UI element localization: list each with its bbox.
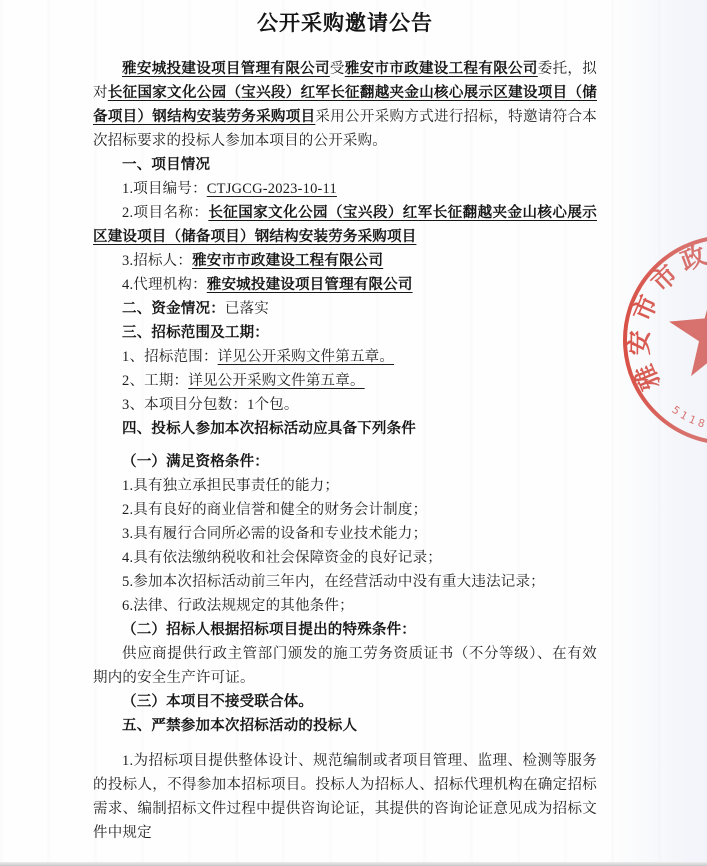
item-project-name: 2.项目名称：长征国家文化公园（宝兴段）红军长征翻越夹金山核心展示区建设项目（储…	[93, 201, 597, 249]
item-label: 1.项目编号：	[122, 181, 207, 197]
section3-heading: 三、招标范围及工期：	[93, 321, 597, 345]
star-icon	[667, 281, 707, 378]
section2-line: 二、资金情况：已落实	[93, 297, 597, 321]
scope-value: 详见公开采购文件第五章。	[218, 349, 394, 365]
qualification-item-5: 5.参加本次招标活动前三年内，在经营活动中没有重大违法记录；	[93, 570, 597, 594]
item-label: 1、招标范围：	[122, 349, 218, 365]
item-scope: 1、招标范围：详见公开采购文件第五章。	[93, 345, 597, 369]
packages-value: 1个包。	[247, 397, 299, 413]
funding-status: 已落实	[225, 301, 269, 317]
document-title: 公开采购邀请公告	[93, 8, 597, 38]
intro-text: 受	[330, 61, 345, 77]
tenderee-value: 雅安市市政建设工程有限公司	[192, 253, 383, 269]
item-packages: 3、本项目分包数：1个包。	[93, 393, 597, 417]
section1-heading: 一、项目情况	[93, 153, 597, 177]
sub1-heading: （一）满足资格条件：	[93, 450, 597, 474]
qualification-item-1: 1.具有独立承担民事责任的能力；	[93, 474, 597, 498]
qualification-item-2: 2.具有良好的商业信誉和健全的财务会计制度；	[93, 498, 597, 522]
seal-serial-text: 51180250	[669, 399, 707, 438]
document-page: 公开采购邀请公告 雅安城投建设项目管理有限公司受雅安市市政建设工程有限公司委托，…	[0, 0, 707, 866]
duration-value: 详见公开采购文件第五章。	[188, 373, 364, 389]
project-number-value: CTJGCG-2023-10-11	[207, 181, 337, 197]
sub2-body: 供应商提供行政主管部门颁发的施工劳务资质证书（不分等级）、在有效期内的安全生产许…	[93, 642, 597, 690]
client-name: 雅安市市政建设工程有限公司	[345, 61, 538, 77]
company-seal-stamp: 雅安市市政建设工程有限公司 51180250	[593, 228, 707, 468]
item-label: 2、工期：	[122, 373, 188, 389]
page-bottom-edge	[0, 862, 707, 866]
item-agent: 4.代理机构：雅安城投建设项目管理有限公司	[93, 273, 597, 297]
section4-heading: 四、投标人参加本次招标活动应具备下列条件	[93, 417, 597, 441]
qualification-item-3: 3.具有履行合同所必需的设备和专业技术能力；	[93, 522, 597, 546]
item-label: 3、本项目分包数：	[122, 397, 247, 413]
section5-heading: 五、严禁参加本次招标活动的投标人	[93, 714, 597, 738]
section2-heading: 二、资金情况：	[122, 301, 225, 317]
item-duration: 2、工期：详见公开采购文件第五章。	[93, 369, 597, 393]
item-label: 2.项目名称：	[122, 205, 208, 221]
sub2-heading: （二）招标人根据招标项目提出的特殊条件：	[93, 618, 597, 642]
agent-value: 雅安城投建设项目管理有限公司	[207, 277, 413, 293]
seal-company-text: 雅安市市政建设工程有限公司	[593, 228, 707, 398]
item-label: 3.招标人：	[122, 253, 192, 269]
sub3-heading: （三）本项目不接受联合体。	[93, 690, 597, 714]
qualification-item-6: 6.法律、行政法规规定的其他条件；	[93, 594, 597, 618]
item-project-number: 1.项目编号：CTJGCG-2023-10-11	[93, 177, 597, 201]
qualification-item-4: 4.具有依法缴纳税收和社会保障资金的良好记录；	[93, 546, 597, 570]
document-body: 公开采购邀请公告 雅安城投建设项目管理有限公司受雅安市市政建设工程有限公司委托，…	[93, 8, 597, 845]
section5-body: 1.为招标项目提供整体设计、规范编制或者项目管理、监理、检测等服务的投标人，不得…	[93, 749, 597, 845]
agency-name: 雅安城投建设项目管理有限公司	[122, 61, 330, 77]
intro-paragraph: 雅安城投建设项目管理有限公司受雅安市市政建设工程有限公司委托，拟对长征国家文化公…	[93, 57, 597, 153]
item-label: 4.代理机构：	[122, 277, 207, 293]
item-tenderee: 3.招标人：雅安市市政建设工程有限公司	[93, 249, 597, 273]
